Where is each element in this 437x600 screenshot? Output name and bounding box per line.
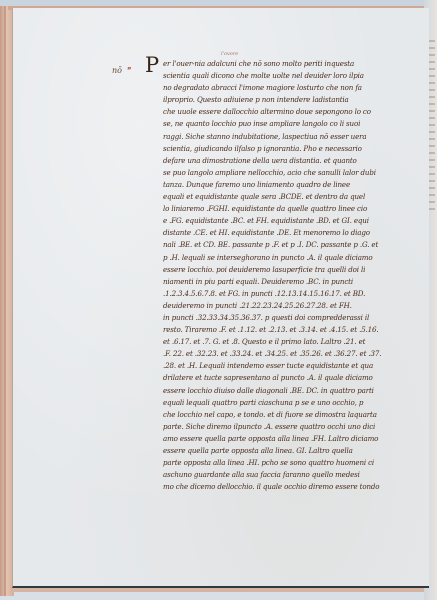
text-line: p .H. lequali se interseghorano in punct…	[163, 252, 401, 264]
text-line: che uuole essere dallocchio altermino do…	[163, 106, 401, 118]
text-line: parte opposta alla linea .HI. pcho se so…	[163, 457, 401, 469]
text-line: essere locchio. poi deuideremo lasuperfi…	[163, 264, 401, 276]
text-line: parte. Siche diremo ilpuncto .A. essere …	[163, 421, 401, 433]
text-line: drilatere et tucte sapresentano al punct…	[163, 372, 401, 384]
text-line: scientia, giudicando ilfalso p ignoranti…	[163, 143, 401, 155]
text-line: resto. Tiraremo .F. et .1.12. et .2.13. …	[163, 324, 401, 336]
manuscript-text-block: er l'ouer-nia adalcuni che nō sono molto…	[163, 58, 401, 493]
text-line: .F. 22. et .32.23. et .33.24. et .34.25.…	[163, 348, 401, 360]
text-line: equali et equidistante quale sera .BCDE.…	[163, 191, 401, 203]
text-line: se puo langolo ampliare nellocchio, acio…	[163, 167, 401, 179]
text-line: che locchio nel capo, e tondo. et di fuo…	[163, 409, 401, 421]
text-line: equali lequali quattro parti ciaschuna p…	[163, 397, 401, 409]
text-line: raggi. Siche stanno indubitatione, laspe…	[163, 131, 401, 143]
text-line: .28. et .H. Lequali intendemo esser tuct…	[163, 360, 401, 372]
text-line: se, ne quanto locchio puo inse ampliare …	[163, 118, 401, 130]
text-line: aschuno guardante alla sua faccia farann…	[163, 469, 401, 481]
text-line: er l'ouer-nia adalcuni che nō sono molto…	[163, 58, 401, 70]
text-line: ilproprio. Questo adiuiene p non intende…	[163, 94, 401, 106]
text-line: scientia quali dicono che molte uolte ne…	[163, 70, 401, 82]
text-line: e .FG. equidistante .BC. et FH. equidist…	[163, 215, 401, 227]
text-line: distante .CE. et HI. equidistante .DE. E…	[163, 227, 401, 239]
margin-annotation: nō❞	[112, 66, 130, 75]
margin-note-text: nō	[112, 66, 122, 75]
text-line: in puncti .32.33.34.35.36.37. p questi d…	[163, 312, 401, 324]
text-line: essere quella parte opposta alla linea. …	[163, 445, 401, 457]
text-line: tanza. Dunque faremo uno liniamento quad…	[163, 179, 401, 191]
text-line: defare una dimostratione della uera dist…	[163, 155, 401, 167]
text-line: .1.2.3.4.5.6.7.8. et FG. in puncti .12.1…	[163, 288, 401, 300]
text-line: nali .BE. et CD. BE. passante p .F. et p…	[163, 239, 401, 251]
text-line: et .6.17. et .7. G. et .8. Questo e il p…	[163, 336, 401, 348]
decorated-initial: P	[145, 55, 159, 76]
margin-mark-icon: ❞	[126, 66, 130, 75]
text-line: mo che dicemo dellocchio. il quale occhi…	[163, 481, 401, 493]
text-line: lo liniaremo .FGHI. equidistante da quel…	[163, 203, 401, 215]
text-line: niamenti in piu parti equali. Deuideremo…	[163, 276, 401, 288]
text-line: deuideremo in puncti .21.22.23.24.25.26.…	[163, 300, 401, 312]
text-line: amo essere quella parte opposta alla lin…	[163, 433, 401, 445]
binding-fold	[4, 6, 6, 596]
interlinear-annotation: l'ovore	[221, 51, 238, 57]
text-line: essere locchio diuiso dalle diagonali .B…	[163, 385, 401, 397]
text-line: no degradato abracci l'imone magiore los…	[163, 82, 401, 94]
